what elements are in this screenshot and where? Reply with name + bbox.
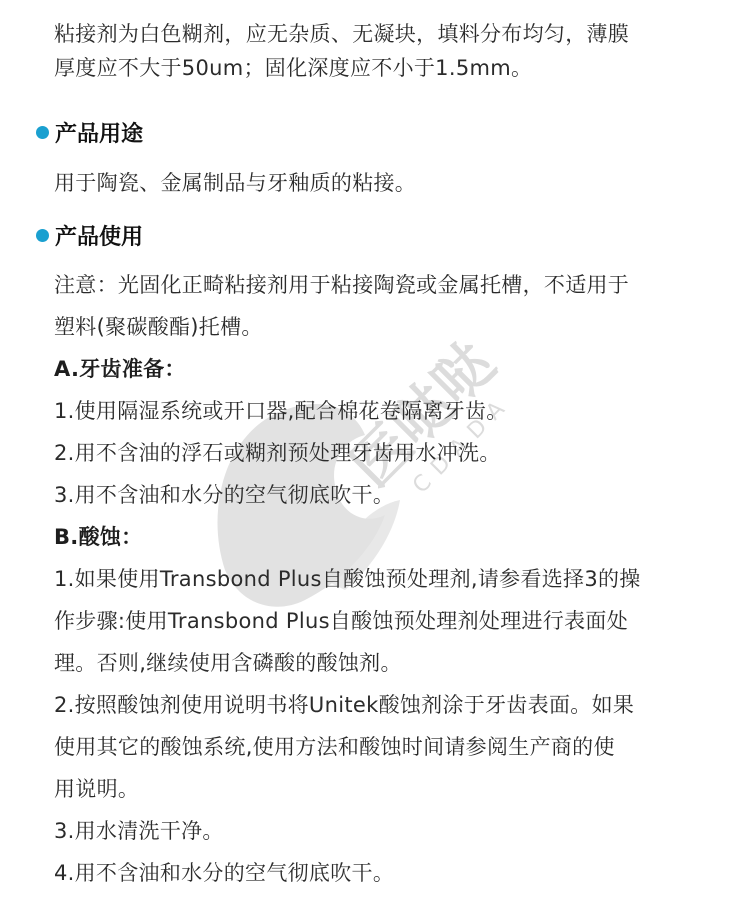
note-line-1: 注意：光固化正畸粘接剂用于粘接陶瓷或金属托槽，不适用于 xyxy=(54,271,629,299)
step-line: 1.使用隔湿系统或开口器,配合棉花卷隔离牙齿。 xyxy=(54,397,508,425)
step-line: 3.用水清洗干净。 xyxy=(54,817,224,845)
step-line: 4.用不含油和水分的空气彻底吹干。 xyxy=(54,859,394,887)
step-line: 2.按照酸蚀剂使用说明书将Unitek酸蚀剂涂于牙齿表面。如果 xyxy=(54,691,634,719)
step-line: 用说明。 xyxy=(54,775,139,803)
section-title: 产品使用 xyxy=(55,225,143,250)
intro-line-2: 厚度应不大于50um；固化深度应不小于1.5mm。 xyxy=(54,54,532,82)
bullet-dot-icon xyxy=(36,229,49,242)
step-line: 使用其它的酸蚀系统,使用方法和酸蚀时间请参阅生产商的使 xyxy=(54,733,615,761)
step-line: 2.用不含油的浮石或糊剂预处理牙齿用水冲洗。 xyxy=(54,439,501,467)
step-line: 3.用不含油和水分的空气彻底吹干。 xyxy=(54,481,394,509)
step-line: 理。否则,继续使用含磷酸的酸蚀剂。 xyxy=(54,649,402,677)
subsection-title-etching: B.酸蚀： xyxy=(54,523,142,551)
section-heading-instructions: 产品使用 xyxy=(36,223,143,253)
section-title: 产品用途 xyxy=(55,122,143,147)
step-line: 1.如果使用Transbond Plus自酸蚀预处理剂,请参看选择3的操 xyxy=(54,565,641,593)
note-line-2: 塑料(聚碳酸酯)托槽。 xyxy=(54,313,263,341)
step-line: 作步骤:使用Transbond Plus自酸蚀预处理剂处理进行表面处 xyxy=(54,607,628,635)
usage-line-1: 用于陶瓷、金属制品与牙釉质的粘接。 xyxy=(54,169,416,197)
section-heading-usage: 产品用途 xyxy=(36,120,143,150)
subsection-title-tooth-prep: A.牙齿准备： xyxy=(54,355,186,383)
intro-line-1: 粘接剂为白色糊剂，应无杂质、无凝块，填料分布均匀，薄膜 xyxy=(54,20,629,48)
bullet-dot-icon xyxy=(36,126,49,139)
